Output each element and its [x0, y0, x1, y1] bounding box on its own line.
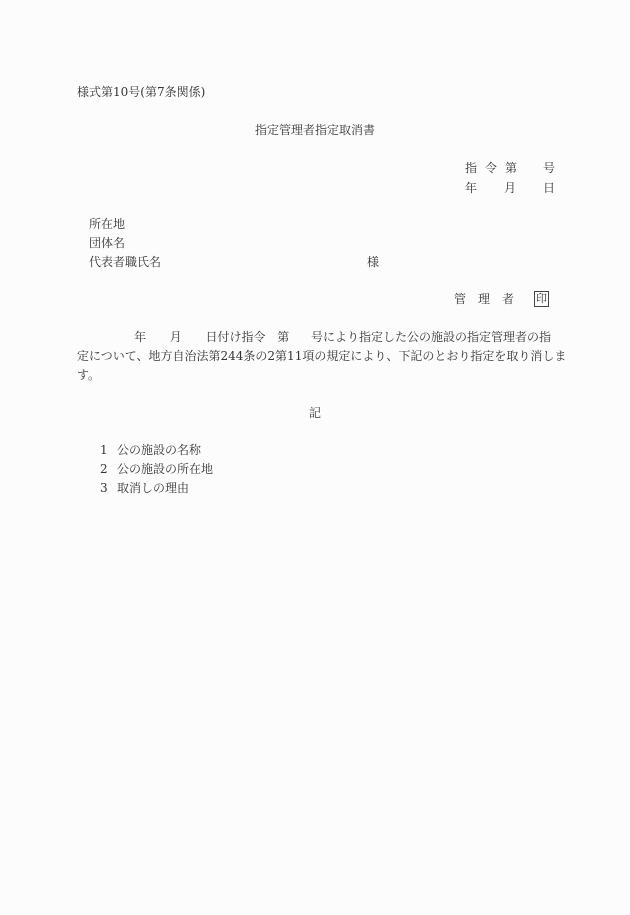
honorific: 様	[367, 253, 379, 271]
issuer-char: 者	[502, 290, 514, 308]
issuer-char: 管	[454, 290, 466, 308]
list-item: 3 取消しの理由	[100, 479, 213, 498]
list-item: 2 公の施設の所在地	[100, 460, 213, 479]
ki-heading: 記	[0, 404, 630, 422]
body-month: 月	[170, 328, 182, 347]
ref-char: 令	[485, 158, 497, 178]
date-year: 年	[465, 178, 477, 198]
addressee-block: 所在地 団体名 代表者職氏名 様	[89, 215, 161, 272]
representative-label: 代表者職氏名	[89, 253, 161, 272]
directive-number-line: 指 令 第 号	[465, 158, 555, 178]
form-number: 様式第10号(第7条関係)	[77, 83, 205, 101]
organization-label: 団体名	[89, 234, 161, 253]
issuer-line: 管 理 者 印	[454, 290, 549, 308]
list-item: 1 公の施設の名称	[100, 441, 213, 460]
item-number: 2	[100, 460, 117, 479]
reference-number-block: 指 令 第 号 年 月 日	[465, 158, 555, 198]
location-label: 所在地	[89, 215, 161, 234]
item-label: 公の施設の名称	[117, 441, 201, 460]
body-line-2: 定について、地方自治法第244条の2第11項の規定により、下記のとおり指定を取り…	[77, 347, 551, 366]
seal-icon: 印	[534, 291, 549, 307]
issuer-char: 理	[478, 290, 490, 308]
ref-char: 号	[543, 158, 555, 178]
items-list: 1 公の施設の名称 2 公の施設の所在地 3 取消しの理由	[100, 441, 213, 498]
item-label: 取消しの理由	[117, 479, 189, 498]
document-title: 指定管理者指定取消書	[0, 121, 630, 139]
date-month: 月	[504, 178, 516, 198]
ref-char: 第	[505, 158, 517, 178]
body-dai: 第	[277, 328, 289, 347]
date-line: 年 月 日	[465, 178, 555, 198]
ref-char: 指	[465, 158, 477, 178]
date-day: 日	[543, 178, 555, 198]
body-rest: 号により指定した公の施設の指定管理者の指	[311, 328, 551, 347]
body-day-ref: 日付け指令	[205, 328, 265, 347]
body-line-3: す。	[77, 366, 551, 385]
body-paragraph: 年 月 日付け指令 第 号により指定した公の施設の指定管理者の指 定について、地…	[77, 328, 551, 385]
body-year: 年	[134, 328, 146, 347]
body-line-1: 年 月 日付け指令 第 号により指定した公の施設の指定管理者の指	[77, 328, 551, 347]
item-label: 公の施設の所在地	[117, 460, 213, 479]
item-number: 1	[100, 441, 117, 460]
item-number: 3	[100, 479, 117, 498]
